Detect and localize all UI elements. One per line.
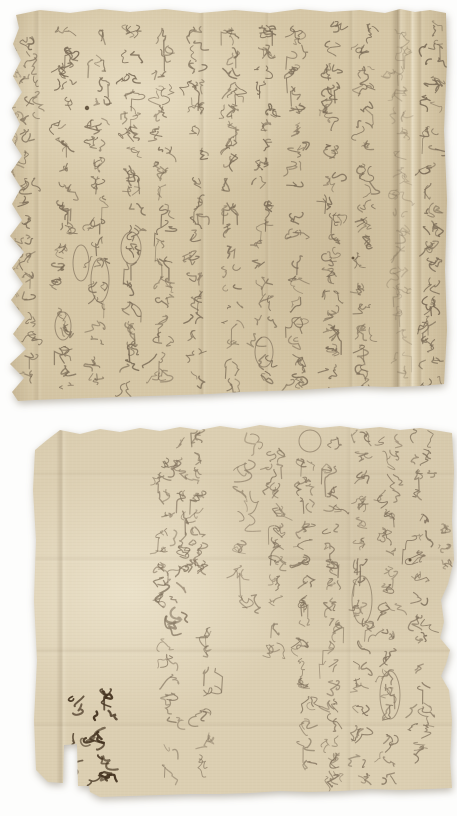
handwriting-stroke <box>333 665 337 672</box>
handwriting-stroke <box>8 204 10 209</box>
handwriting-stroke <box>361 603 367 614</box>
handwriting-stroke <box>100 157 102 161</box>
handwriting-stroke <box>326 347 333 349</box>
handwriting-stroke <box>165 227 176 232</box>
handwriting-stroke <box>432 25 435 36</box>
handwriting-stroke <box>15 307 19 312</box>
handwriting-stroke <box>67 186 78 200</box>
handwriting-stroke <box>324 387 331 398</box>
handwriting-stroke <box>22 274 26 278</box>
handwriting-stroke <box>308 762 317 765</box>
handwriting-stroke <box>248 491 258 514</box>
handwriting-stroke <box>356 518 362 524</box>
handwriting-stroke <box>263 645 270 657</box>
handwriting-stroke <box>156 86 164 90</box>
handwriting-stroke <box>95 374 97 380</box>
handwriting-stroke <box>158 654 167 668</box>
handwriting-stroke <box>255 316 262 325</box>
handwriting-stroke <box>395 151 406 159</box>
handwriting-stroke <box>333 719 336 732</box>
handwriting-stroke <box>162 765 165 777</box>
handwriting-stroke <box>423 515 428 523</box>
handwriting-stroke <box>118 128 127 138</box>
handwriting-stroke <box>9 306 13 309</box>
handwriting-stroke <box>328 681 339 690</box>
handwriting-stroke <box>184 315 193 324</box>
handwriting-stroke <box>378 605 390 620</box>
handwriting-stroke <box>167 717 176 722</box>
handwriting-stroke <box>8 255 14 270</box>
handwriting-stroke <box>334 771 344 781</box>
circled-character-mark <box>299 430 321 452</box>
handwriting-stroke <box>406 705 417 718</box>
handwriting-stroke <box>287 182 297 185</box>
handwriting-stroke <box>330 619 334 626</box>
handwriting-stroke <box>434 224 443 237</box>
handwriting-stroke <box>122 25 134 37</box>
handwriting-stroke <box>353 662 359 670</box>
handwriting-stroke <box>290 298 300 313</box>
handwriting-stroke <box>160 674 173 689</box>
handwriting-stroke <box>358 220 367 232</box>
handwriting-stroke <box>13 189 17 197</box>
handwriting-stroke <box>164 529 167 536</box>
handwriting-stroke <box>422 683 430 688</box>
handwriting-stroke <box>427 340 434 352</box>
handwriting-stroke <box>126 360 139 370</box>
handwriting-stroke <box>356 48 369 58</box>
handwriting-stroke <box>267 452 276 462</box>
handwriting-stroke <box>332 391 345 400</box>
letter-sheet-top <box>8 8 448 402</box>
handwriting-stroke <box>25 151 26 156</box>
handwriting-stroke <box>91 336 97 339</box>
handwriting-stroke <box>365 388 371 393</box>
handwriting-stroke <box>94 123 101 134</box>
handwriting-stroke <box>211 686 221 694</box>
handwriting-stroke <box>411 455 418 464</box>
handwriting-stroke <box>102 196 105 200</box>
handwriting-stroke <box>180 81 190 95</box>
handwriting-stroke <box>8 302 10 305</box>
handwriting-stroke <box>322 529 330 534</box>
handwriting-stroke <box>357 121 361 128</box>
handwriting-stroke <box>153 332 162 343</box>
handwriting-stroke <box>419 44 426 56</box>
handwriting-stroke <box>302 45 308 59</box>
handwriting-stroke <box>357 370 366 380</box>
handwriting-stroke <box>300 498 304 514</box>
handwriting-stroke <box>167 298 169 304</box>
handwriting-stroke <box>159 492 164 504</box>
handwriting-stroke <box>116 74 129 84</box>
handwriting-stroke <box>154 111 160 121</box>
handwriting-stroke <box>227 53 233 65</box>
handwriting-stroke <box>130 302 141 322</box>
handwriting-stroke <box>360 200 370 209</box>
handwriting-stroke <box>256 160 263 170</box>
handwriting-stroke <box>28 134 34 141</box>
handwriting-stroke <box>324 603 331 611</box>
handwriting-stroke <box>61 223 63 229</box>
handwriting-stroke <box>363 385 370 395</box>
handwriting-stroke <box>357 350 368 365</box>
handwriting-stroke <box>304 739 314 751</box>
handwriting-stroke <box>61 82 66 89</box>
handwriting-stroke <box>324 544 328 549</box>
handwriting-stroke <box>101 219 105 224</box>
handwriting-stroke <box>426 59 432 64</box>
handwriting-stroke <box>8 136 9 147</box>
handwriting-stroke <box>8 268 15 278</box>
handwriting-stroke <box>16 221 18 225</box>
handwriting-stroke <box>239 596 247 608</box>
handwriting-stroke <box>364 471 367 479</box>
handwriting-stroke <box>436 206 442 212</box>
handwriting-stroke <box>51 63 63 72</box>
handwriting-stroke <box>328 438 338 447</box>
handwriting-stroke <box>307 461 314 470</box>
handwriting-stroke <box>162 512 167 516</box>
handwriting-stroke <box>384 736 390 743</box>
handwriting-stroke <box>190 46 196 62</box>
handwriting-stroke <box>21 74 29 82</box>
handwriting-stroke <box>66 164 68 169</box>
handwriting-stroke <box>430 102 441 112</box>
handwriting-stroke <box>8 304 18 312</box>
handwriting-stroke <box>8 191 14 203</box>
handwriting-stroke <box>84 257 93 268</box>
handwriting-stroke <box>268 575 275 585</box>
handwriting-stroke <box>424 703 432 711</box>
handwriting-stroke <box>358 578 365 582</box>
handwriting-stroke <box>266 104 271 115</box>
handwriting-stroke <box>422 728 431 738</box>
handwriting-stroke <box>261 464 272 470</box>
handwriting-stroke <box>188 103 198 112</box>
handwriting-stroke <box>393 107 396 113</box>
handwriting-stroke <box>352 126 365 140</box>
letter-sheet-bottom <box>28 415 456 807</box>
handwriting-stroke <box>332 736 338 746</box>
handwriting-stroke <box>8 64 14 69</box>
handwriting-stroke <box>237 321 244 328</box>
handwriting-stroke <box>374 490 385 500</box>
handwriting-stroke <box>198 214 209 224</box>
handwriting-stroke <box>121 50 128 63</box>
handwriting-stroke <box>370 182 380 194</box>
handwriting-stroke <box>398 267 404 271</box>
handwriting-stroke <box>171 677 179 684</box>
handwriting-stroke <box>297 539 312 549</box>
handwriting-stroke <box>296 123 300 126</box>
handwriting-stroke <box>245 433 256 455</box>
handwriting-stroke <box>185 475 199 484</box>
handwriting-stroke <box>19 152 29 164</box>
handwriting-stroke <box>8 186 11 193</box>
handwriting-stroke <box>245 515 261 531</box>
handwriting-stroke <box>24 371 31 377</box>
handwriting-stroke <box>325 41 329 47</box>
handwriting-stroke <box>364 167 373 182</box>
handwriting-stroke <box>101 340 104 344</box>
circled-character-mark <box>255 337 273 367</box>
handwriting-stroke <box>122 302 130 315</box>
handwriting-stroke <box>120 364 129 372</box>
handwriting-stroke <box>135 246 140 254</box>
handwriting-stroke <box>101 238 102 243</box>
handwriting-stroke <box>20 37 28 47</box>
handwriting-stroke <box>131 228 139 241</box>
handwriting-stroke <box>324 146 335 158</box>
handwriting-stroke <box>91 220 100 234</box>
handwriting-stroke <box>184 567 189 572</box>
handwriting-stroke <box>299 161 300 170</box>
handwriting-stroke <box>189 711 202 727</box>
handwriting-stroke <box>396 310 402 320</box>
handwriting-stroke <box>94 99 99 106</box>
handwriting-stroke <box>237 302 243 308</box>
handwriting-stroke <box>260 177 266 189</box>
handwriting-stroke <box>234 379 240 392</box>
handwriting-stroke <box>26 52 29 57</box>
handwriting-stroke <box>324 177 330 186</box>
handwriting-stroke <box>237 541 246 553</box>
handwriting-stroke <box>89 374 93 381</box>
handwriting-stroke <box>165 768 177 785</box>
handwriting-stroke <box>21 116 29 125</box>
handwriting-stroke <box>353 84 363 94</box>
handwriting-stroke <box>116 384 125 397</box>
handwriting-stroke <box>263 484 269 495</box>
handwriting-stroke <box>427 431 433 448</box>
handwriting-stroke <box>297 256 302 275</box>
handwriting-stroke <box>232 362 238 376</box>
handwriting-stroke <box>131 262 136 280</box>
handwriting-stroke <box>363 185 371 198</box>
handwriting-stroke <box>223 285 228 291</box>
handwriting-stroke <box>421 598 427 605</box>
handwriting-stroke <box>337 581 340 590</box>
handwriting-stroke <box>156 477 161 493</box>
handwriting-stroke <box>392 571 398 587</box>
handwriting-stroke <box>223 228 230 237</box>
handwriting-stroke <box>259 296 273 307</box>
handwriting-stroke <box>16 238 24 244</box>
handwriting-stroke <box>426 339 433 349</box>
handwriting-stroke <box>252 178 256 184</box>
handwriting-stroke <box>286 67 298 93</box>
handwriting-stroke <box>336 306 339 313</box>
handwriting-stroke <box>401 192 415 206</box>
handwriting-stroke <box>8 234 9 242</box>
handwriting-stroke <box>268 317 277 327</box>
handwriting-stroke <box>128 125 136 133</box>
handwriting-stroke <box>62 244 67 253</box>
handwriting-stroke <box>368 67 374 70</box>
handwriting-stroke <box>438 545 440 549</box>
handwriting-stroke <box>383 757 395 766</box>
handwriting-stroke <box>157 642 162 651</box>
handwriting-stroke <box>292 126 300 136</box>
handwriting-stroke <box>354 678 360 680</box>
handwriting-stroke <box>192 178 196 183</box>
handwriting-stroke <box>369 328 377 342</box>
handwriting-stroke <box>290 26 302 36</box>
handwriting-stroke <box>304 761 307 769</box>
handwriting-stroke <box>299 621 305 627</box>
handwriting-stroke <box>383 705 390 719</box>
handwriting-stroke <box>317 199 327 203</box>
handwriting-stroke <box>404 174 412 185</box>
handwriting-stroke <box>8 206 9 211</box>
handwriting-stroke <box>319 703 329 712</box>
handwriting-stroke <box>170 597 177 603</box>
handwriting-stroke <box>330 247 341 258</box>
handwriting-stroke <box>435 149 446 156</box>
handwriting-stroke <box>187 273 196 281</box>
handwriting-stroke <box>165 257 172 263</box>
handwriting-stroke <box>375 752 383 762</box>
handwriting-stroke <box>189 540 193 545</box>
handwriting-stroke <box>267 469 277 483</box>
handwriting-stroke <box>365 107 373 124</box>
handwriting-stroke <box>358 502 364 510</box>
handwriting-stroke <box>25 353 33 357</box>
handwriting-stroke <box>251 240 262 245</box>
handwriting-stroke <box>292 88 300 100</box>
handwriting-stroke <box>321 467 331 484</box>
handwriting-stroke <box>390 114 395 124</box>
handwriting-stroke <box>101 302 104 318</box>
handwriting-stroke <box>328 118 332 123</box>
handwriting-stroke <box>449 559 455 567</box>
handwriting-stroke <box>383 451 387 459</box>
handwriting-stroke <box>414 742 428 748</box>
handwriting-stroke <box>8 288 13 295</box>
handwriting-stroke <box>415 574 429 582</box>
handwriting-stroke <box>265 371 270 375</box>
handwriting-stroke <box>420 98 427 112</box>
handwriting-stroke <box>64 27 76 36</box>
handwriting-stroke <box>350 683 361 692</box>
handwriting-stroke <box>26 312 32 323</box>
handwriting-stroke <box>387 456 395 470</box>
handwriting-stroke <box>59 182 64 187</box>
handwriting-stroke <box>329 214 332 233</box>
handwriting-stroke <box>402 212 408 217</box>
handwriting-stroke <box>321 65 330 78</box>
handwriting-stroke <box>270 483 277 498</box>
handwriting-stroke <box>425 209 429 214</box>
handwriting-stroke <box>225 359 231 379</box>
handwriting-stroke <box>390 268 400 274</box>
handwriting-stroke <box>266 279 272 284</box>
handwriting-stroke <box>62 141 74 152</box>
handwriting-stroke <box>8 320 17 342</box>
handwriting-stroke <box>194 41 209 50</box>
aged-paper-top <box>8 8 448 402</box>
handwriting-stroke <box>244 463 248 473</box>
handwriting-stroke <box>334 365 336 370</box>
handwriting-stroke <box>393 209 396 216</box>
handwriting-stroke <box>100 197 109 221</box>
handwriting-stroke <box>419 360 425 369</box>
handwriting-stroke <box>176 438 184 448</box>
handwriting-stroke <box>227 306 230 309</box>
handwriting-stroke <box>201 712 206 721</box>
handwriting-stroke <box>255 67 260 70</box>
handwriting-stroke <box>387 474 394 489</box>
handwriting-stroke <box>410 429 416 443</box>
handwriting-stroke <box>199 349 206 354</box>
handwriting-stroke <box>299 379 304 387</box>
handwriting-stroke <box>251 434 263 449</box>
handwriting-stroke <box>375 437 384 445</box>
handwriting-stroke <box>397 330 406 334</box>
handwriting-stroke <box>310 500 315 507</box>
handwriting-stroke <box>33 113 40 119</box>
handwriting-stroke <box>324 291 329 299</box>
handwriting-stroke <box>329 370 337 379</box>
handwriting-stroke <box>129 74 140 84</box>
handwriting-stroke <box>14 85 17 99</box>
handwriting-stroke <box>422 707 434 717</box>
handwriting-stroke <box>433 299 440 315</box>
handwriting-stroke <box>401 32 409 48</box>
handwriting-stroke <box>232 68 239 76</box>
handwriting-stroke <box>156 316 168 324</box>
handwriting-stroke <box>8 219 17 227</box>
handwriting-stroke <box>392 247 400 263</box>
handwriting-stroke <box>362 143 366 147</box>
handwriting-stroke <box>189 27 202 37</box>
handwriting-stroke <box>199 65 207 72</box>
handwriting-stroke <box>129 204 134 209</box>
handwriting-stroke <box>327 563 338 569</box>
handwriting-stroke <box>158 72 166 77</box>
handwriting-stroke <box>11 317 17 329</box>
handwriting-stroke <box>222 321 228 324</box>
handwriting-stroke <box>8 108 10 119</box>
handwriting-stroke <box>183 511 189 535</box>
handwriting-stroke <box>196 313 203 324</box>
handwriting-stroke <box>20 130 25 134</box>
handwriting-stroke <box>8 133 14 143</box>
handwriting-stroke <box>8 66 20 77</box>
handwriting-stroke <box>8 49 13 51</box>
handwriting-stroke <box>298 582 305 589</box>
handwriting-stroke <box>65 97 72 105</box>
handwriting-stroke <box>307 723 317 728</box>
handwriting-stroke <box>361 386 368 393</box>
handwriting-stroke <box>227 379 232 391</box>
handwriting-stroke <box>392 548 396 551</box>
handwriting-stroke <box>161 89 169 105</box>
handwriting-stroke <box>438 377 444 387</box>
handwriting-stroke <box>147 372 158 383</box>
handwriting-stroke <box>166 579 170 583</box>
handwriting-stroke <box>54 348 62 364</box>
handwriting-stroke <box>238 511 244 521</box>
handwriting-stroke <box>411 592 421 603</box>
handwriting-stroke <box>424 79 438 86</box>
handwriting-stroke <box>161 639 173 650</box>
handwriting-stroke <box>371 205 375 209</box>
handwriting-stroke <box>351 430 357 443</box>
handwriting-stroke <box>16 257 19 268</box>
handwriting-stroke <box>362 619 364 627</box>
